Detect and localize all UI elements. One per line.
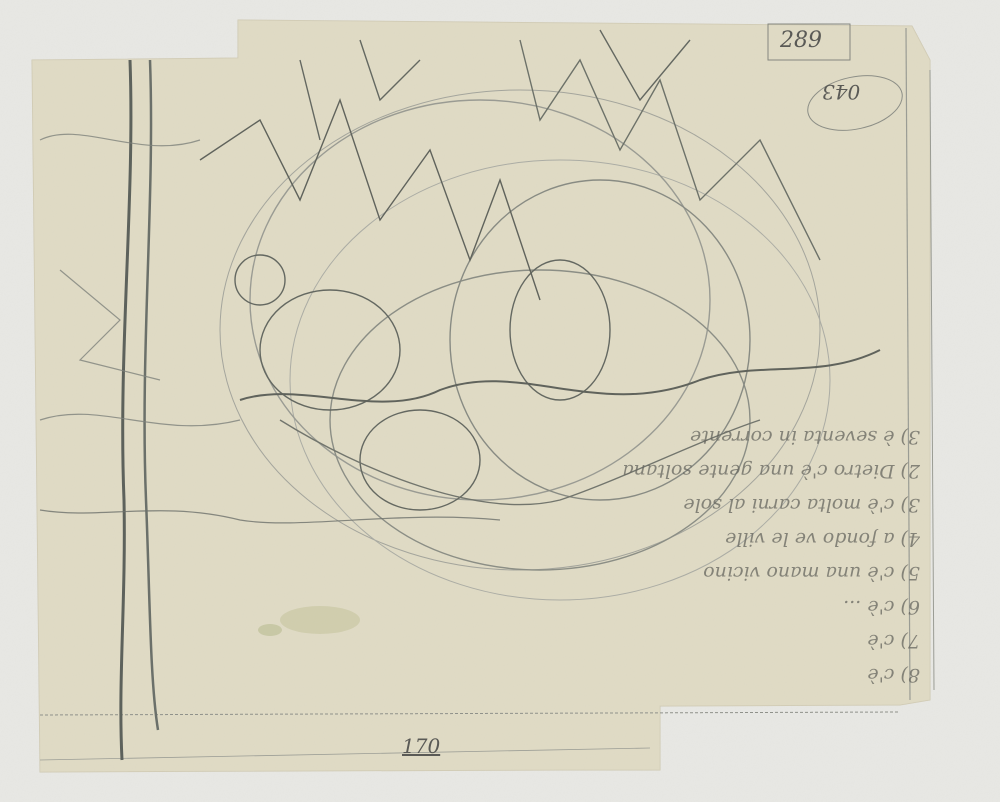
note-line: 3) è seventa in corrente <box>360 420 920 454</box>
inventory-number: 289 <box>780 28 822 53</box>
note-line: 8) c'è <box>360 658 920 692</box>
note-line: 4) a fondo ve le ville <box>360 522 920 556</box>
note-line: 6) c'è ... <box>360 590 920 624</box>
note-line: 2) Dietro c'è una gente soltana <box>360 454 920 488</box>
bottom-number: 170 <box>402 734 440 758</box>
note-line: 3) c'è molta carni al sole <box>360 488 920 522</box>
inverted-handwritten-notes: 8) c'è 7) c'è 6) c'è ... 5) c'è una mano… <box>360 420 920 692</box>
note-line: 7) c'è <box>360 624 920 658</box>
note-line: 5) c'è una mano vicino <box>360 556 920 590</box>
circled-number: 043 <box>822 80 860 104</box>
